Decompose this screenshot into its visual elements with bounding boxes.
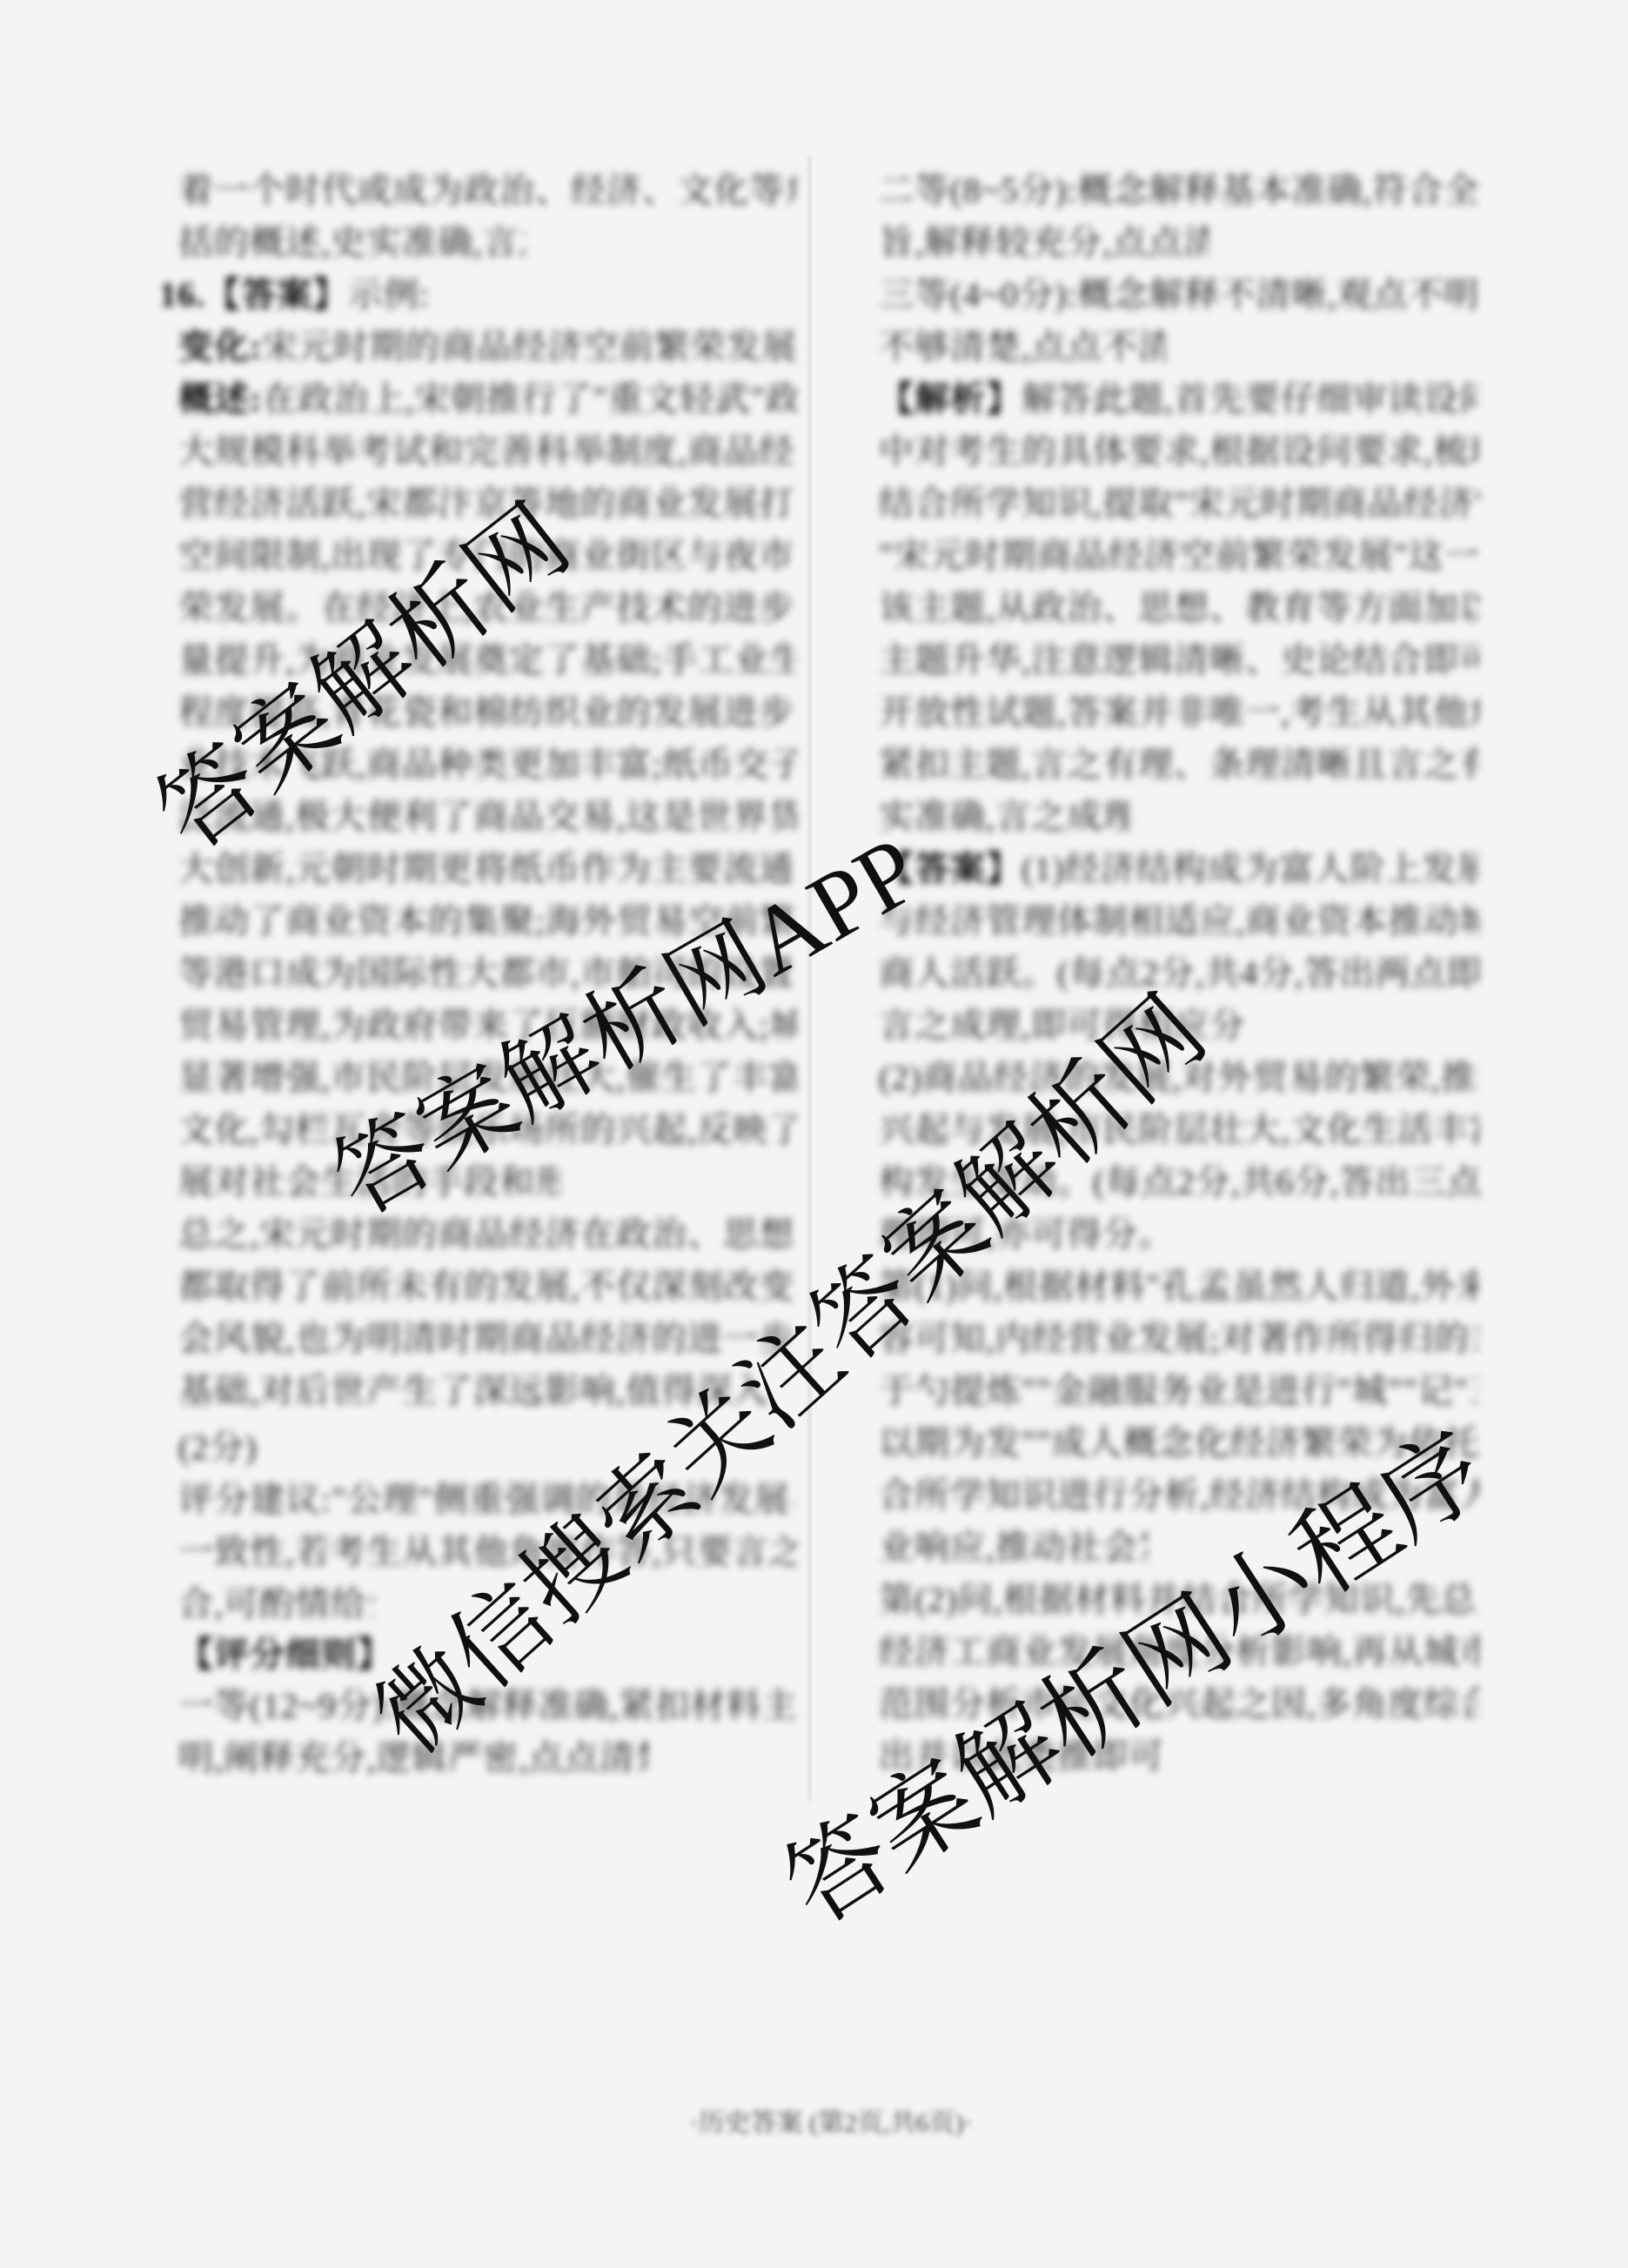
blurred-text-line: 【解析】解答此题,首先要仔细审读设问,明确设问解答此题,首先要仔细审读设问,明确… <box>879 378 1479 424</box>
line-text: "宋元时期商品经济空前繁荣发展"这一主题,并围绕"宋元时期商品经济空前繁荣发展"… <box>879 536 1479 575</box>
line-text: 主题升华,注意逻辑清晰、史论结合即可。此外,本题为主题升华,注意逻辑清晰、史论结… <box>879 640 1479 679</box>
blurred-text-line: (2分) <box>178 1427 261 1472</box>
bold-lead-text: 概述: <box>178 379 262 418</box>
line-text: 结合所学知识,提取"宋元时期商品经济",可以发现结合所学知识,提取"宋元时期商品… <box>879 484 1479 523</box>
blurred-text-line: 与经济管理体制相适应,商业资本推动城市发展,推动与经济管理体制相适应,商业资本推… <box>879 900 1479 946</box>
blurred-text-line: 16.【答案】示例: <box>159 274 438 319</box>
line-text: 旨,解释较充分,点点清楚。 <box>879 223 1209 262</box>
blurred-text-line: 三等(4~0分):概念解释不清晰,观点不明确,理解三等(4~0分):概念解释不清… <box>879 274 1479 319</box>
line-text: 着一个时代或成为政治、经济、文化等角度进行归一概着一个时代或成为政治、经济、文化… <box>178 171 796 210</box>
line-text: 于勺提炼""金融服务业是进行"城""记"三字""问题于勺提炼""金融服务业是进行… <box>879 1371 1479 1410</box>
blurred-text-line: 紧扣主题,言之有理、条理清晰且言之有据即可得分,史紧扣主题,言之有理、条理清晰且… <box>879 744 1479 789</box>
blurred-text-line: 业响应,推动社会发展。 <box>879 1527 1149 1572</box>
line-text: 括的概述,史实准确,言之成理即可。 <box>178 223 526 262</box>
watermark-text: 答案解析网APP <box>305 795 940 1241</box>
blurred-text-line: 该主题,从政治、思想、教育等方面加以阐释,最后,回归该主题,从政治、思想、教育等… <box>879 587 1479 632</box>
blurred-text-line: 大创新,元朝时期更将纸币作为主要流通货币,进一步大创新,元朝时期更将纸币作为主要… <box>178 848 796 893</box>
blurred-text-line: 旨,解释较充分,点点清楚。 <box>879 222 1209 267</box>
blurred-text-line: 结合所学知识,提取"宋元时期商品经济",可以发现结合所学知识,提取"宋元时期商品… <box>879 483 1479 528</box>
page-footer-text: ·历史答案 (第2页,共6页)· <box>690 2109 973 2138</box>
line-text: 与经济管理体制相适应,商业资本推动城市发展,推动与经济管理体制相适应,商业资本推… <box>879 901 1479 940</box>
blurred-text-line: 二等(8~5分):概念解释基本准确,符合全部关主二等(8~5分):概念解释基本准… <box>879 170 1479 215</box>
line-text: 实准确,言之成理即可。 <box>879 797 1131 836</box>
line-text: 不够清楚,点点不清楚。 <box>879 327 1166 366</box>
blurred-text-line: 不够清楚,点点不清楚。 <box>879 326 1166 371</box>
line-text: 业响应,推动社会发展。 <box>879 1528 1149 1567</box>
page-footer: ·历史答案 (第2页,共6页)· <box>648 2101 1014 2139</box>
blurred-text-line: 总之,宋元时期的商品经济在政治、思想、教育等方面总之,宋元时期的商品经济在政治、… <box>178 1214 796 1259</box>
line-text: 在政治上,宋朝推行了"重文轻武"政策,通过在政治上,宋朝推行了"重文轻武"政策,… <box>262 379 796 418</box>
line-text: 三等(4~0分):概念解释不清晰,观点不明确,理解三等(4~0分):概念解释不清… <box>879 275 1479 314</box>
blurred-text-line: 开放性试题,答案并非唯一,考生从其他角度作答,只要开放性试题,答案并非唯一,考生… <box>879 692 1479 737</box>
scanned-answer-key-page: 着一个时代或成为政治、经济、文化等角度进行归一概着一个时代或成为政治、经济、文化… <box>0 0 1628 2268</box>
blurred-text-line: "宋元时期商品经济空前繁荣发展"这一主题,并围绕"宋元时期商品经济空前繁荣发展"… <box>879 535 1479 580</box>
line-text: 合,可酌情给分。 <box>178 1584 374 1623</box>
line-text: 该主题,从政治、思想、教育等方面加以阐释,最后,回归该主题,从政治、思想、教育等… <box>879 588 1479 627</box>
line-text: 紧扣主题,言之有理、条理清晰且言之有据即可得分,史紧扣主题,言之有理、条理清晰且… <box>879 745 1479 784</box>
blurred-text-line: 商人活跃。(每点2分,共4分,答出两点即可,其他答案商人活跃。(每点2分,共4分… <box>879 953 1479 998</box>
blurred-text-line: 都取得了前所未有的发展,不仅深刻改变了当时的社都取得了前所未有的发展,不仅深刻改… <box>178 1266 796 1311</box>
blurred-text-line: 大规模科举考试和完善科举制度,商品经济与城市经大规模科举考试和完善科举制度,商品… <box>178 431 796 476</box>
blurred-text-line: 容可知,内经营业发展;对著作所得归的来历阐述业者容可知,内经营业发展;对著作所得… <box>879 1318 1479 1363</box>
blurred-text-line: 变化:宋元时期的商品经济空前繁荣发展。(2分)宋元时期的商品经济空前繁荣发展。(… <box>178 326 796 371</box>
watermark-text: 答案解析网 <box>123 466 593 877</box>
line-text: 大创新,元朝时期更将纸币作为主要流通货币,进一步大创新,元朝时期更将纸币作为主要… <box>178 849 796 888</box>
line-text: 商人活跃。(每点2分,共4分,答出两点即可,其他答案商人活跃。(每点2分,共4分… <box>879 953 1479 993</box>
line-text: 宋元时期的商品经济空前繁荣发展。(2分)宋元时期的商品经济空前繁荣发展。(2分) <box>262 327 796 366</box>
line-text: 示例: <box>348 275 430 314</box>
watermark-text: 答案解析网小程序 <box>753 1390 1509 1951</box>
line-text: 解答此题,首先要仔细审读设问,明确设问解答此题,首先要仔细审读设问,明确设问 <box>1022 379 1479 418</box>
answer-column-right: 二等(8~5分):概念解释基本准确,符合全部关主二等(8~5分):概念解释基本准… <box>0 0 1628 2268</box>
line-text: 开放性试题,答案并非唯一,考生从其他角度作答,只要开放性试题,答案并非唯一,考生… <box>879 692 1479 732</box>
line-text: 大规模科举考试和完善科举制度,商品经济与城市经大规模科举考试和完善科举制度,商品… <box>178 432 796 471</box>
blurred-text-line: 括的概述,史实准确,言之成理即可。 <box>178 222 526 267</box>
bold-lead-text: 变化: <box>178 327 262 366</box>
line-text: 都取得了前所未有的发展,不仅深刻改变了当时的社都取得了前所未有的发展,不仅深刻改… <box>178 1267 796 1306</box>
blurred-text-line: 实准确,言之成理即可。 <box>879 796 1131 841</box>
answer-column-left: 着一个时代或成为政治、经济、文化等角度进行归一概着一个时代或成为政治、经济、文化… <box>0 0 1628 2268</box>
bold-lead-text: 【解析】 <box>879 379 1022 418</box>
line-text: 总之,宋元时期的商品经济在政治、思想、教育等方面总之,宋元时期的商品经济在政治、… <box>178 1214 796 1254</box>
blurred-text-line: 于勺提炼""金融服务业是进行"城""记"三字""问题于勺提炼""金融服务业是进行… <box>879 1370 1479 1415</box>
blurred-text-line: 【答案】(1)经济结构成为富人阶上发展,商业管理(1)经济结构成为富人阶上发展,… <box>879 848 1479 893</box>
line-text: 中对考生的具体要求,根据设问要求,梳理材料信息并中对考生的具体要求,根据设问要求… <box>879 432 1479 471</box>
line-text: (2分) <box>178 1428 258 1467</box>
line-text: 容可知,内经营业发展;对著作所得归的来历阐述业者容可知,内经营业发展;对著作所得… <box>879 1319 1479 1358</box>
line-text: 二等(8~5分):概念解释基本准确,符合全部关主二等(8~5分):概念解释基本准… <box>879 171 1479 210</box>
blurred-text-line: 合,可酌情给分。 <box>178 1583 374 1629</box>
blurred-text-line: 主题升华,注意逻辑清晰、史论结合即可。此外,本题为主题升华,注意逻辑清晰、史论结… <box>879 639 1479 685</box>
blurred-text-line: 着一个时代或成为政治、经济、文化等角度进行归一概着一个时代或成为政治、经济、文化… <box>178 170 796 215</box>
line-text: (1)经济结构成为富人阶上发展,商业管理(1)经济结构成为富人阶上发展,商业管理 <box>1022 849 1479 888</box>
blurred-text-line: 中对考生的具体要求,根据设问要求,梳理材料信息并中对考生的具体要求,根据设问要求… <box>879 431 1479 476</box>
blurred-text-line: 概述:在政治上,宋朝推行了"重文轻武"政策,通过在政治上,宋朝推行了"重文轻武"… <box>178 378 796 424</box>
bold-lead-text: 16.【答案】 <box>159 275 348 314</box>
